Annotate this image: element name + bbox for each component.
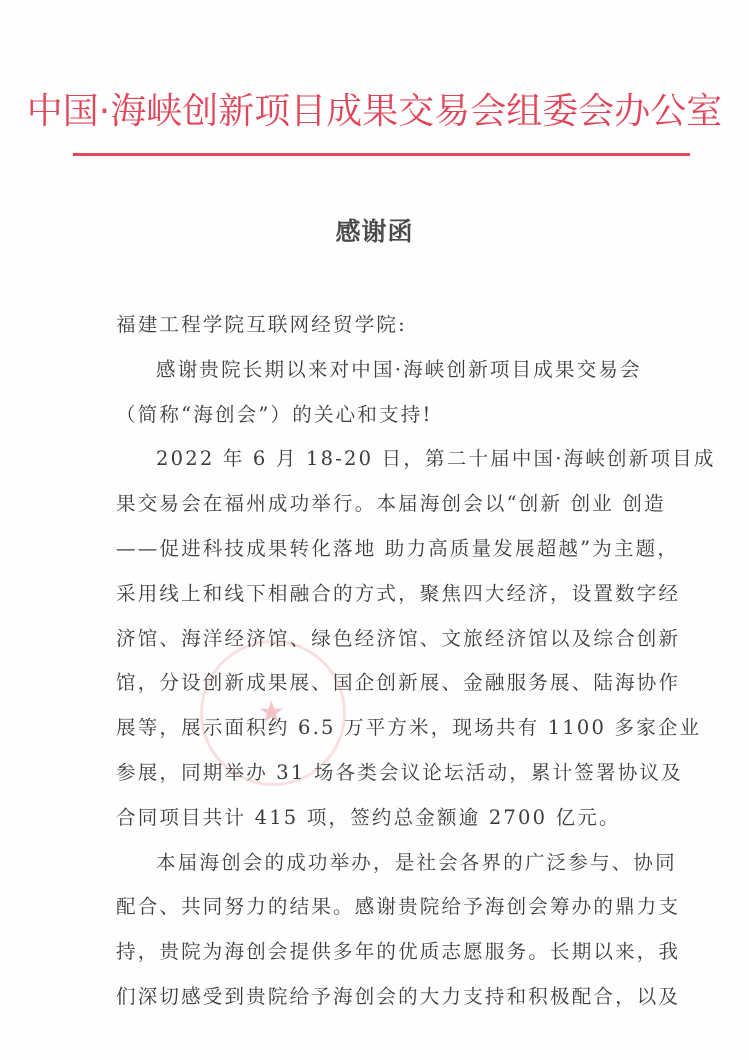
paragraph-line: 们深切感受到贵院给予海创会的大力支持和积极配合，以及 xyxy=(116,975,676,1020)
paragraph-line: （简称“海创会”）的关心和支持! xyxy=(116,393,676,438)
paragraph-line: 济馆、海洋经济馆、绿色经济馆、文旅经济馆以及综合创新 xyxy=(116,617,676,662)
letterhead-title: 中国·海峡创新项目成果交易会组委会办公室 xyxy=(0,92,749,132)
paragraph-line: 持，贵院为海创会提供多年的优质志愿服务。长期以来，我 xyxy=(116,930,676,975)
paragraph-line: 2022 年 6 月 18-20 日，第二十届中国·海峡创新项目成 xyxy=(116,437,676,482)
letterhead-divider xyxy=(73,153,690,156)
paragraph-line: ——促进科技成果转化落地 助力高质量发展超越”为主题， xyxy=(116,527,676,572)
paragraph-line: 感谢贵院长期以来对中国·海峡创新项目成果交易会 xyxy=(116,348,676,393)
paragraph-line: 合同项目共计 415 项，签约总金额逾 2700 亿元。 xyxy=(116,796,676,841)
paragraph-line: 采用线上和线下相融合的方式，聚焦四大经济，设置数字经 xyxy=(116,572,676,617)
salutation: 福建工程学院互联网经贸学院: xyxy=(116,303,676,348)
paragraph-line: 展等，展示面积约 6.5 万平方米，现场共有 1100 多家企业 xyxy=(116,706,676,751)
paragraph-line: 果交易会在福州成功举行。本届海创会以“创新 创业 创造 xyxy=(116,482,676,527)
paragraph-line: 馆，分设创新成果展、国企创新展、金融服务展、陆海协作 xyxy=(116,661,676,706)
paragraph-line: 配合、共同努力的结果。感谢贵院给予海创会筹办的鼎力支 xyxy=(116,885,676,930)
paragraph-line: 本届海创会的成功举办，是社会各界的广泛参与、协同 xyxy=(116,841,676,886)
letter-body: 福建工程学院互联网经贸学院: 感谢贵院长期以来对中国·海峡创新项目成果交易会 （… xyxy=(116,303,676,1020)
paragraph-line: 参展，同期举办 31 场各类会议论坛活动，累计签署协议及 xyxy=(116,751,676,796)
document-title: 感谢函 xyxy=(0,212,749,248)
